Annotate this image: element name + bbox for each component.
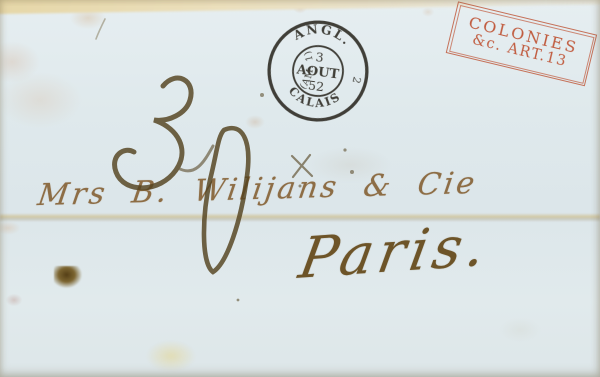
manuscript-slash-mark: [96, 19, 105, 39]
horizontal-fold-line: [0, 213, 600, 222]
colonies-accountancy-stamp: COLONIES &c. ART.13: [446, 1, 597, 86]
yellow-stain-spot: [146, 340, 196, 372]
postmark-right-digit: 2: [350, 75, 363, 84]
manuscript-connector-stroke: [178, 146, 213, 171]
address-recipient: Mrs B. Wilijans & Cie: [35, 166, 479, 213]
seal-stain-spot: [54, 266, 82, 288]
calais-datestamp: ANGL. CALAIS (AM. 1) 2 3 AOUT 52: [260, 13, 376, 129]
postmark-date-year: 52: [307, 78, 325, 95]
paper-top-edge: [0, 0, 600, 14]
colonies-stamp-inner-frame: COLONIES &c. ART.13: [449, 4, 594, 83]
postal-cover-photo: ANGL. CALAIS (AM. 1) 2 3 AOUT 52 COLONIE…: [0, 0, 600, 377]
postmark-date-day: 3: [315, 49, 325, 65]
address-city: Paris.: [294, 213, 495, 292]
manuscript-rate-digit-3: [115, 78, 192, 188]
